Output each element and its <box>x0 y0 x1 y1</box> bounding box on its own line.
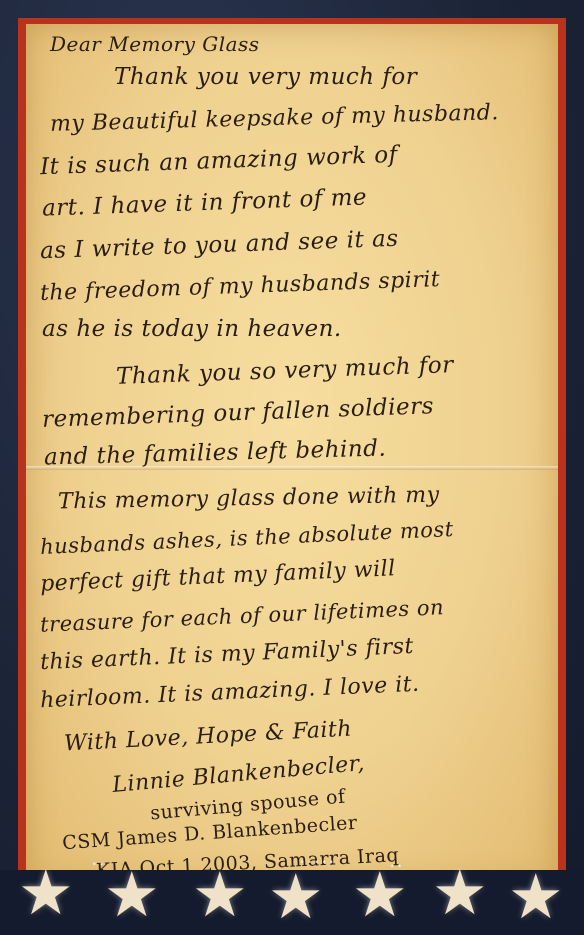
star-icon: ★ <box>18 862 74 924</box>
salutation: Dear Memory Glass <box>50 32 260 56</box>
star-icon: ★ <box>508 866 564 928</box>
letter-line: Thank you so very much for <box>116 352 454 390</box>
letter-line: art. I have it in front of me <box>42 184 368 221</box>
letter-paper: Dear Memory Glass Thank you very much fo… <box>26 24 558 884</box>
glitter: • • <box>92 860 104 869</box>
closing: With Love, Hope & Faith <box>64 716 353 756</box>
letter-line: as I write to you and see it as <box>40 226 399 265</box>
letter-line: my Beautiful keepsake of my husband. <box>50 100 499 137</box>
star-icon: ★ <box>268 866 324 928</box>
letter-line: Thank you very much for <box>114 64 417 90</box>
letter-line: the freedom of my husbands spirit <box>40 267 441 306</box>
star-icon: ★ <box>192 864 248 926</box>
letter-line: perfect gift that my family will <box>40 556 397 596</box>
letter-line: treasure for each of our lifetimes on <box>40 595 445 637</box>
star-icon: ★ <box>352 864 408 926</box>
letter-line: remembering our fallen soldiers <box>42 393 435 433</box>
letter-line: It is such an amazing work of <box>40 142 398 180</box>
letter-line: as he is today in heaven. <box>42 316 342 342</box>
letter-line: this earth. It is my Family's first <box>40 634 415 675</box>
letter-line: husbands ashes, is the absolute most <box>40 517 454 559</box>
letter-line: This memory glass done with my <box>58 483 440 515</box>
letter-line: heirloom. It is amazing. I love it. <box>40 672 420 714</box>
star-icon: ★ <box>104 864 160 926</box>
thank-you-card: Dear Memory Glass Thank you very much fo… <box>0 0 584 935</box>
star-icon: ★ <box>432 862 488 924</box>
